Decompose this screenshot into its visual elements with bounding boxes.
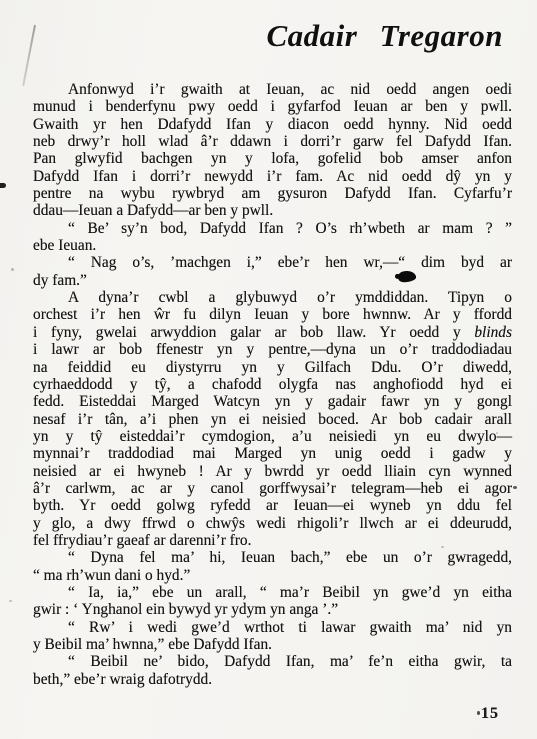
text-line: dy fam.” (33, 272, 512, 289)
text-line: Anfonwyd i’r gwaith at Ieuan, ac nid oed… (33, 81, 512, 98)
paper-speck-artifact (513, 486, 517, 489)
text-line: munud i benderfynu pwy oedd i gyfarfod I… (33, 98, 512, 115)
text-line: mynnai’r traddodiad mai Marged yn unig o… (33, 445, 512, 462)
text-segment: Pan glwyfid bachgen yn y lofa, gofelid b… (33, 150, 512, 167)
text-segment: y glo, a dwy ffrwd o chwŷs wedi rhigoli’… (33, 515, 512, 532)
text-segment: “ ma rh’wun dani o hyd.” (33, 567, 190, 584)
text-segment: “ Rw’ i wedi gwe’d wrthot ti lawar gwait… (68, 619, 512, 636)
chapter-title: Cadair Tregaron (266, 19, 503, 53)
text-line: “ Be’ sy’n bod, Dafydd Ifan ? O’s rh’wbe… (33, 220, 512, 237)
paper-speck-artifact (9, 600, 12, 602)
text-segment: yn y tŷ eisteddai’r cymdogion, a’u neisi… (33, 428, 512, 445)
text-line: byth. Yr oedd golwg ryfedd ar Ieuan—ei w… (33, 497, 512, 514)
paper-speck-artifact (477, 711, 480, 715)
text-line: y Beibil ma’ hwnna,” ebe Dafydd Ifan. (33, 636, 512, 653)
paper-speck-artifact (11, 268, 14, 271)
margin-mark-artifact (0, 183, 6, 188)
text-line: “ Ia, ia,” ebe un arall, “ ma’r Beibil y… (33, 584, 512, 601)
text-segment: A dyna’r cwbl a glybuwyd o’r ymddiddan. … (68, 289, 512, 306)
text-segment: Dafydd Ifan i dorri’r newydd i’r fam. Ac… (33, 168, 512, 185)
text-line: y glo, a dwy ffrwd o chwŷs wedi rhigoli’… (33, 515, 512, 532)
text-line: “ Rw’ i wedi gwe’d wrthot ti lawar gwait… (33, 619, 512, 636)
text-line: A dyna’r cwbl a glybuwyd o’r ymddiddan. … (33, 289, 512, 306)
text-line: Gwaith yr hen Ddafydd Ifan y diacon oedd… (33, 116, 512, 133)
text-line: â’r carlwm, ac ar y canol gorffwysai’r t… (33, 480, 512, 497)
text-segment: munud i benderfynu pwy oedd i gyfarfod I… (33, 98, 512, 115)
text-line: beth,” ebe’r wraig dafotrydd. (33, 671, 512, 688)
text-line: i fyny, gwelai arwyddion galar ar bob ll… (33, 324, 512, 341)
text-line: i lawr ar bob ffenestr yn y pentre,—dyna… (33, 341, 512, 358)
text-segment: Gwaith yr hen Ddafydd Ifan y diacon oedd… (33, 116, 512, 133)
text-segment: neb drwy’r holl wlad â’r ddawn i dorri’r… (33, 133, 512, 150)
text-segment: cyrhaeddodd y tŷ, a chafodd olygfa nas a… (33, 376, 512, 393)
text-line: “ Beibil ne’ bido, Dafydd Ifan, ma’ fe’n… (33, 653, 512, 670)
text-line: na feiddid eu diystyrru yn y Gilfach Ddu… (33, 359, 512, 376)
text-segment: mynnai’r traddodiad mai Marged yn unig o… (33, 445, 512, 462)
text-segment: ebe Ieuan. (33, 237, 96, 254)
page-number: 15 (481, 705, 499, 723)
text-line: fel ffrydiau’r gaeaf ar darenni’r fro. (33, 532, 512, 549)
text-segment: “ Be’ sy’n bod, Dafydd Ifan ? O’s rh’wbe… (68, 220, 512, 237)
text-segment: “ Nag o’s, ’machgen i,” ebe’r hen wr,—“ … (68, 254, 512, 271)
text-line: ddau—Ieuan a Dafydd—ar ben y pwll. (33, 202, 512, 219)
text-line: cyrhaeddodd y tŷ, a chafodd olygfa nas a… (33, 376, 512, 393)
text-line: Pan glwyfid bachgen yn y lofa, gofelid b… (33, 150, 512, 167)
text-segment: orchest i’r hen ŵr fu dilyn Ieuan y bore… (33, 306, 512, 323)
text-line: orchest i’r hen ŵr fu dilyn Ieuan y bore… (33, 306, 512, 323)
scan-scratch-artifact (22, 25, 35, 86)
italic-text-segment: blinds (474, 324, 512, 341)
text-segment: i fyny, gwelai arwyddion galar ar bob ll… (33, 324, 474, 341)
page-body: Anfonwyd i’r gwaith at Ieuan, ac nid oed… (33, 81, 512, 688)
text-segment: ddau—Ieuan a Dafydd—ar ben y pwll. (33, 202, 273, 219)
text-segment: dy fam.” (33, 272, 87, 289)
text-line: pentre na wybu rywbryd am gysuron Dafydd… (33, 185, 512, 202)
text-line: ebe Ieuan. (33, 237, 512, 254)
text-line: gwir : ‘ Ynghanol ein bywyd yr ydym yn a… (33, 601, 512, 618)
text-segment: byth. Yr oedd golwg ryfedd ar Ieuan—ei w… (33, 497, 512, 514)
text-segment: na feiddid eu diystyrru yn y Gilfach Ddu… (33, 359, 512, 376)
book-page: Cadair Tregaron Anfonwyd i’r gwaith at I… (0, 0, 537, 739)
text-segment: “ Dyna fel ma’ hi, Ieuan bach,” ebe un o… (68, 549, 512, 566)
text-segment: nesaf i’r tân, a’i phen yn ei neisied bo… (33, 411, 512, 428)
text-segment: pentre na wybu rywbryd am gysuron Dafydd… (33, 185, 512, 202)
text-segment: gwir : ‘ Ynghanol ein bywyd yr ydym yn a… (33, 601, 338, 618)
text-line: “ Dyna fel ma’ hi, Ieuan bach,” ebe un o… (33, 549, 512, 566)
text-segment: y Beibil ma’ hwnna,” ebe Dafydd Ifan. (33, 636, 272, 653)
text-segment: “ Ia, ia,” ebe un arall, “ ma’r Beibil y… (68, 584, 512, 601)
text-segment: Anfonwyd i’r gwaith at Ieuan, ac nid oed… (68, 81, 512, 98)
text-line: “ ma rh’wun dani o hyd.” (33, 567, 512, 584)
text-segment: fel ffrydiau’r gaeaf ar darenni’r fro. (33, 532, 251, 549)
text-segment: “ Beibil ne’ bido, Dafydd Ifan, ma’ fe’n… (68, 653, 512, 670)
text-line: neisied ar ei hwyneb ! Ar y bwrdd yr oed… (33, 463, 512, 480)
text-line: yn y tŷ eisteddai’r cymdogion, a’u neisi… (33, 428, 512, 445)
text-segment: i lawr ar bob ffenestr yn y pentre,—dyna… (33, 341, 512, 358)
text-line: “ Nag o’s, ’machgen i,” ebe’r hen wr,—“ … (33, 254, 512, 271)
text-segment: fedd. Eisteddai Marged Watcyn yn y gadai… (33, 393, 512, 410)
text-segment: beth,” ebe’r wraig dafotrydd. (33, 671, 212, 688)
text-segment: neisied ar ei hwyneb ! Ar y bwrdd yr oed… (33, 463, 512, 480)
text-line: neb drwy’r holl wlad â’r ddawn i dorri’r… (33, 133, 512, 150)
text-segment: â’r carlwm, ac ar y canol gorffwysai’r t… (33, 480, 512, 497)
text-line: Dafydd Ifan i dorri’r newydd i’r fam. Ac… (33, 168, 512, 185)
text-line: fedd. Eisteddai Marged Watcyn yn y gadai… (33, 393, 512, 410)
text-line: nesaf i’r tân, a’i phen yn ei neisied bo… (33, 411, 512, 428)
